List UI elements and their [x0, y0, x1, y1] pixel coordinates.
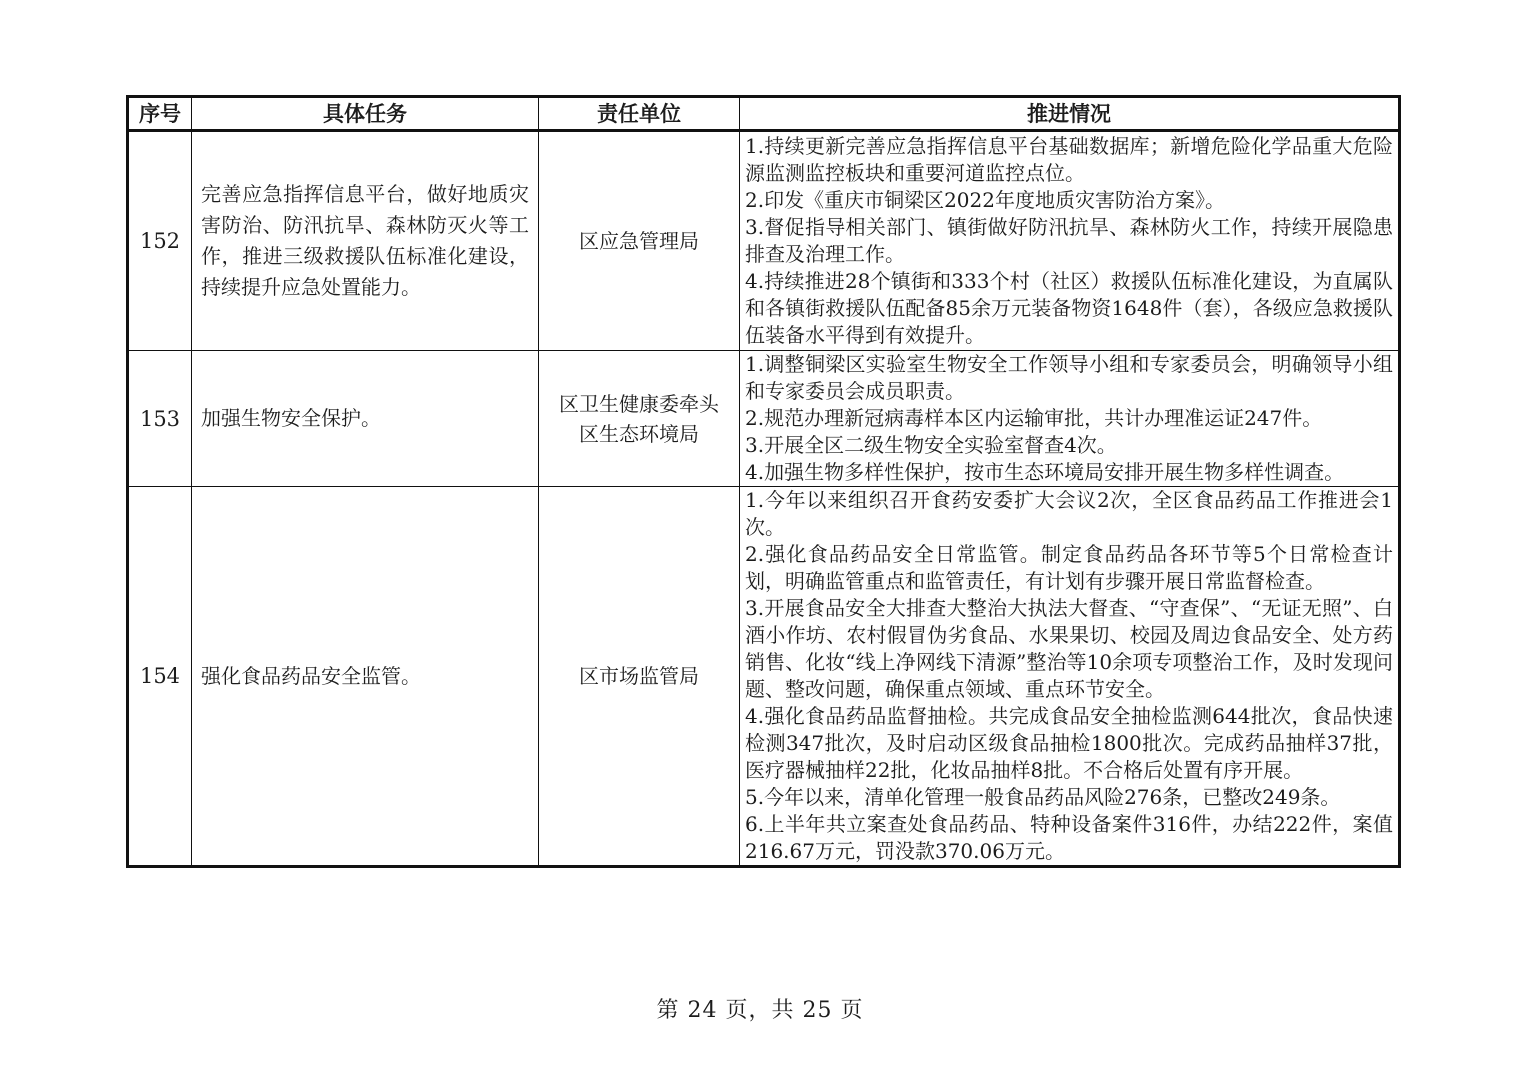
col-header-unit: 责任单位 — [539, 97, 740, 131]
unit-cell: 区应急管理局 — [539, 131, 740, 351]
col-header-serial: 序号 — [128, 97, 192, 131]
task-cell: 强化食品药品安全监管。 — [192, 487, 539, 867]
table-header-row: 序号 具体任务 责任单位 推进情况 — [128, 97, 1400, 131]
table-row: 154 强化食品药品安全监管。 区市场监管局 1.今年以来组织召开食药安委扩大会… — [128, 487, 1400, 867]
col-header-progress: 推进情况 — [740, 97, 1400, 131]
task-cell: 完善应急指挥信息平台，做好地质灾害防治、防汛抗旱、森林防灭火等工作，推进三级救援… — [192, 131, 539, 351]
unit-cell: 区卫生健康委牵头 区生态环境局 — [539, 351, 740, 487]
progress-cell: 1.调整铜梁区实验室生物安全工作领导小组和专家委员会，明确领导小组和专家委员会成… — [740, 351, 1400, 487]
page-footer: 第 24 页，共 25 页 — [0, 993, 1520, 1024]
progress-cell: 1.持续更新完善应急指挥信息平台基础数据库；新增危险化学品重大危险源监测监控板块… — [740, 131, 1400, 351]
row-number-cell: 154 — [128, 487, 192, 867]
row-number-cell: 152 — [128, 131, 192, 351]
page-number-label: 第 24 页，共 25 页 — [657, 998, 864, 1023]
table-row: 152 完善应急指挥信息平台，做好地质灾害防治、防汛抗旱、森林防灭火等工作，推进… — [128, 131, 1400, 351]
table-row: 153 加强生物安全保护。 区卫生健康委牵头 区生态环境局 1.调整铜梁区实验室… — [128, 351, 1400, 487]
document-page: 序号 具体任务 责任单位 推进情况 152 完善应急指挥信息平台，做好地质灾害防… — [0, 0, 1520, 1074]
progress-table: 序号 具体任务 责任单位 推进情况 152 完善应急指挥信息平台，做好地质灾害防… — [126, 95, 1401, 868]
task-cell: 加强生物安全保护。 — [192, 351, 539, 487]
unit-cell: 区市场监管局 — [539, 487, 740, 867]
row-number-cell: 153 — [128, 351, 192, 487]
col-header-task: 具体任务 — [192, 97, 539, 131]
progress-cell: 1.今年以来组织召开食药安委扩大会议2次，全区食品药品工作推进会1次。 2.强化… — [740, 487, 1400, 867]
